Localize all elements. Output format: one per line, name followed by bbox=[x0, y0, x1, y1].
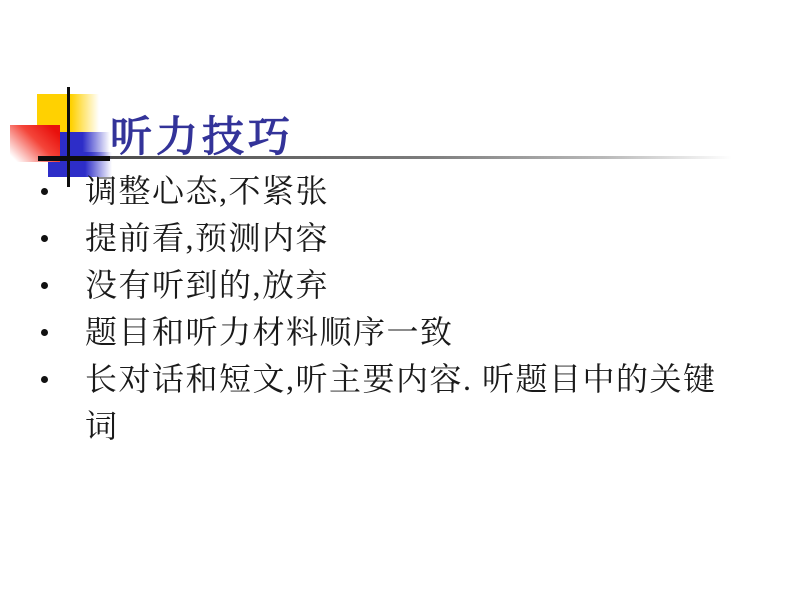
bullet-dot-icon bbox=[41, 282, 48, 289]
bullet-item: 没有听到的,放弃 bbox=[37, 262, 737, 309]
bullet-item: 长对话和短文,听主要内容. 听题目中的关键词 bbox=[37, 356, 737, 450]
bullet-text: 调整心态,不紧张 bbox=[85, 173, 329, 209]
bullet-text: 没有听到的,放弃 bbox=[85, 267, 329, 303]
bullet-text: 长对话和短文,听主要内容. 听题目中的关键词 bbox=[85, 361, 717, 444]
bullet-item: 题目和听力材料顺序一致 bbox=[37, 309, 737, 356]
bullet-item: 调整心态,不紧张 bbox=[37, 168, 737, 215]
bullet-dot-icon bbox=[41, 376, 48, 383]
bullet-item: 提前看,预测内容 bbox=[37, 215, 737, 262]
horizontal-accent-line bbox=[38, 156, 110, 161]
slide-canvas: 听力技巧 调整心态,不紧张 提前看,预测内容 没有听到的,放弃 题目和听力材料顺… bbox=[0, 0, 800, 600]
bullet-text: 题目和听力材料顺序一致 bbox=[85, 314, 454, 350]
bullet-text: 提前看,预测内容 bbox=[85, 220, 329, 256]
bullet-dot-icon bbox=[41, 235, 48, 242]
bullet-dot-icon bbox=[41, 188, 48, 195]
bullet-list: 调整心态,不紧张 提前看,预测内容 没有听到的,放弃 题目和听力材料顺序一致 长… bbox=[37, 168, 737, 450]
slide-title: 听力技巧 bbox=[110, 114, 294, 162]
bullet-dot-icon bbox=[41, 329, 48, 336]
